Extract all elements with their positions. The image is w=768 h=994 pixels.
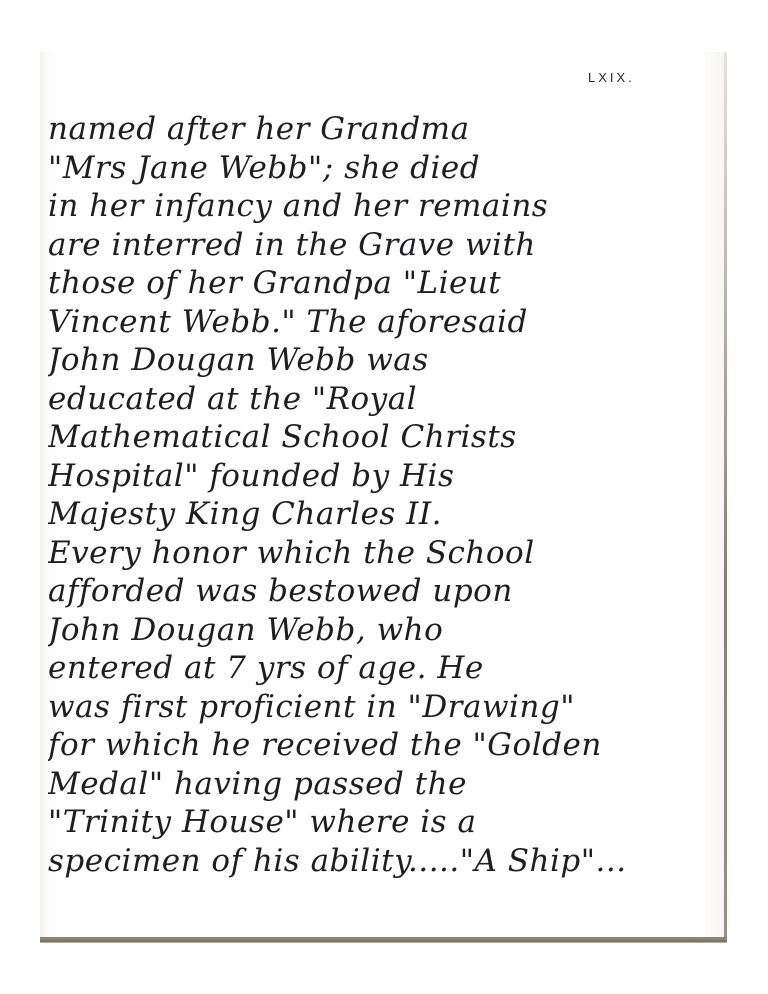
page-number: LXIX. [588,70,635,85]
text-line: was first proficient in "Drawing" [48,688,726,727]
text-line: Mathematical School Christs [48,418,726,457]
scan-viewport: LXIX. named after her Grandma "Mrs Jane … [0,0,768,994]
handwritten-text-block: named after her Grandma "Mrs Jane Webb";… [48,110,726,880]
text-line: Majesty King Charles II. [48,495,726,534]
text-line: in her infancy and her remains [48,187,726,226]
text-line: "Trinity House" where is a [48,803,726,842]
text-line: are interred in the Grave with [48,226,726,265]
text-line: specimen of his ability....."A Ship"... [48,842,726,881]
text-line: Medal" having passed the [48,765,726,804]
text-line: afforded was bestowed upon [48,572,726,611]
text-line: "Mrs Jane Webb"; she died [48,149,726,188]
text-line: Vincent Webb." The aforesaid [48,303,726,342]
text-line: Every honor which the School [48,534,726,573]
manuscript-page: LXIX. named after her Grandma "Mrs Jane … [40,52,727,940]
text-line: entered at 7 yrs of age. He [48,649,726,688]
text-line: educated at the "Royal [48,380,726,419]
text-line: for which he received the "Golden [48,726,726,765]
text-line: John Dougan Webb was [48,341,726,380]
text-line: Hospital" founded by His [48,457,726,496]
text-line: named after her Grandma [48,110,726,149]
text-line: John Dougan Webb, who [48,611,726,650]
text-line: those of her Grandpa "Lieut [48,264,726,303]
